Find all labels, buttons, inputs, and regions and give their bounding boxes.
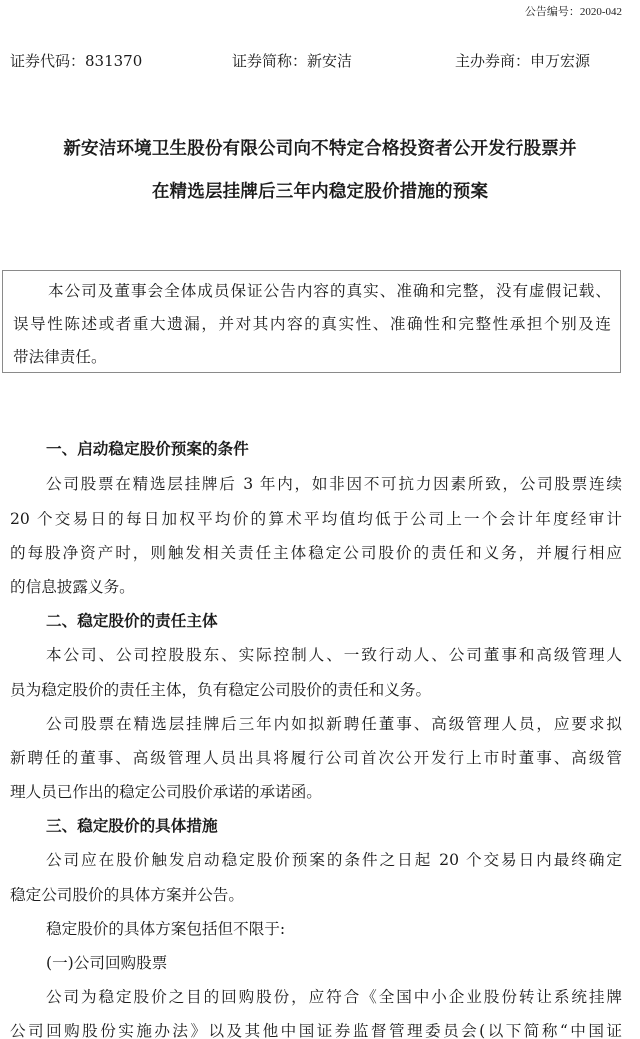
section-heading-3: 三、稳定股价的具体措施	[46, 814, 218, 836]
paragraph-line: 的信息披露义务。	[10, 575, 622, 597]
subsection-heading: (一)公司回购股票	[46, 951, 622, 973]
security-code: 证券代码：831370	[10, 50, 142, 71]
security-name: 证券简称：新安洁	[232, 50, 352, 71]
disclaimer-box: 本公司及董事会全体成员保证公告内容的真实、准确和完整，没有虚假记载、 误导性陈述…	[2, 270, 621, 373]
paragraph-line: 稳定股价的具体方案包括但不限于:	[46, 917, 622, 939]
paragraph-line: 公司股票在精选层挂牌后三年内如拟新聘任董事、高级管理人员，应要求拟	[46, 712, 622, 734]
document-title-line-1: 新安洁环境卫生股份有限公司向不特定合格投资者公开发行股票并	[0, 135, 640, 160]
disclaimer-line: 本公司及董事会全体成员保证公告内容的真实、准确和完整，没有虚假记载、	[48, 279, 611, 301]
paragraph-line: 的每股净资产时，则触发相关责任主体稳定公司股价的责任和义务，并履行相应	[10, 541, 622, 563]
paragraph-line: 公司为稳定股价之目的回购股份，应符合《全国中小企业股份转让系统挂牌	[46, 985, 622, 1007]
paragraph-line: 公司股票在精选层挂牌后 3 年内，如非因不可抗力因素所致，公司股票连续	[46, 472, 622, 494]
sponsor-broker: 主办券商：申万宏源	[455, 50, 590, 71]
document-title-line-2: 在精选层挂牌后三年内稳定股价措施的预案	[0, 178, 640, 203]
paragraph-line: 理人员已作出的稳定公司股价承诺的承诺函。	[10, 780, 622, 802]
disclaimer-line: 误导性陈述或者重大遗漏，并对其内容的真实性、准确性和完整性承担个别及连	[13, 312, 611, 334]
paragraph-line: 公司应在股价触发启动稳定股价预案的条件之日起 20 个交易日内最终确定	[46, 848, 622, 870]
disclaimer-line: 带法律责任。	[13, 345, 611, 367]
paragraph-line: 新聘任的董事、高级管理人员出具将履行公司首次公开发行上市时董事、高级管	[10, 746, 622, 768]
section-heading-2: 二、稳定股价的责任主体	[46, 609, 218, 631]
section-heading-1: 一、启动稳定股价预案的条件	[46, 437, 249, 459]
paragraph-line: 本公司、公司控股股东、实际控制人、一致行动人、公司董事和高级管理人	[46, 643, 622, 665]
paragraph-line: 稳定公司股价的具体方案并公告。	[10, 883, 622, 905]
paragraph-line: 员为稳定股价的责任主体，负有稳定公司股价的责任和义务。	[10, 678, 622, 700]
announcement-number: 公告编号：2020-042	[525, 3, 622, 19]
paragraph-line: 20 个交易日的每日加权平均价的算术平均值均低于公司上一个会计年度经审计	[10, 507, 622, 529]
paragraph-line: 公司回购股份实施办法》以及其他中国证券监督管理委员会(以下简称“中国证	[10, 1019, 622, 1039]
